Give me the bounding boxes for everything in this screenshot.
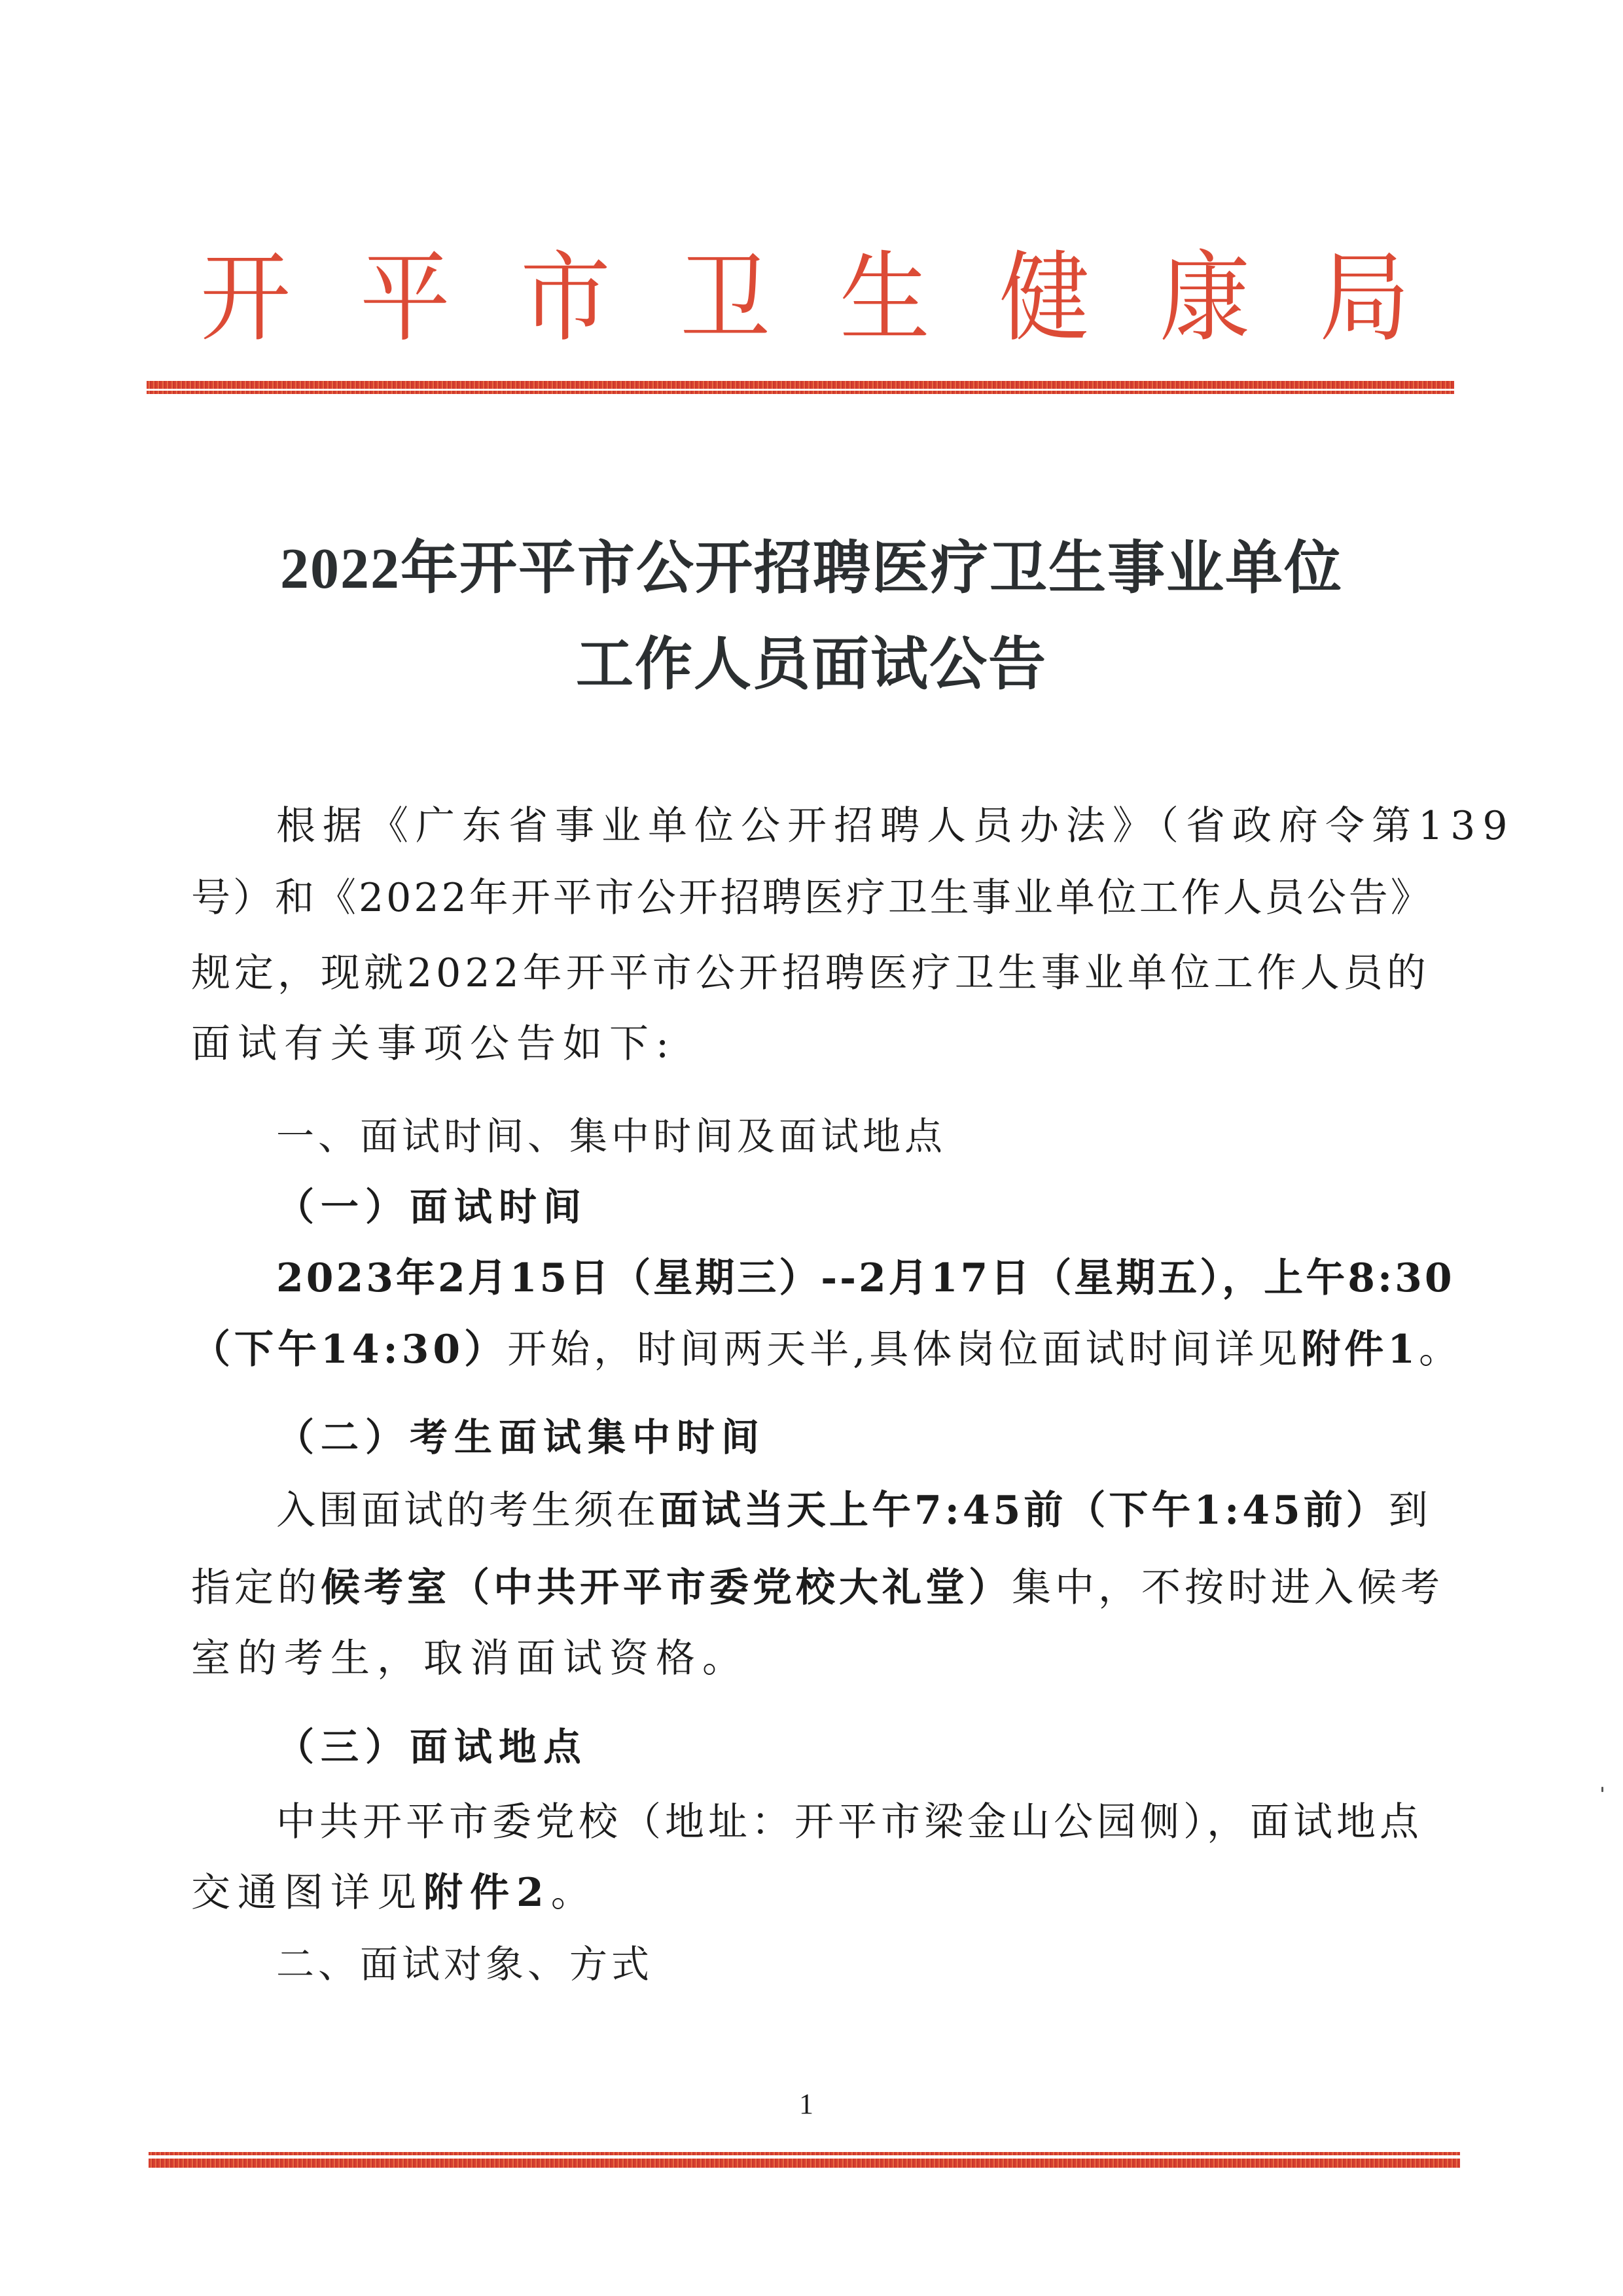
paragraph-line: 2023年2月15日（星期三）--2月17日（星期五），上午8:30	[276, 1252, 1419, 1304]
subsection-heading-2: （二）考生面试集中时间	[276, 1411, 1419, 1463]
paragraph-line: 指定的候考室（中共开平市委党校大礼堂）集中，不按时进入候考	[191, 1562, 1419, 1614]
text-segment: 附件1	[1301, 1327, 1419, 1372]
letterhead-char: 康	[1160, 243, 1250, 355]
letterhead-title: 开 平 市 卫 生 健 康 局	[196, 243, 1414, 355]
letterhead-char: 卫	[680, 243, 770, 355]
footer-rule-thin	[149, 2152, 1460, 2155]
paragraph-line: 号）和《2022年开平市公开招聘医疗卫生事业单位工作人员公告》	[191, 872, 1419, 924]
header-rule-thick	[147, 381, 1454, 389]
footer-rule-thick	[149, 2159, 1460, 2168]
text-segment: 室的考生，取消面试资格。	[191, 1636, 749, 1681]
paragraph-line: 中共开平市委党校（地址：开平市梁金山公园侧），面试地点	[276, 1796, 1419, 1848]
paragraph-line: （下午14:30）开始，时间两天半,具体岗位面试时间详见附件1。	[191, 1323, 1419, 1376]
text-segment: 到	[1389, 1488, 1431, 1534]
page-number: 1	[793, 2088, 819, 2121]
text-segment: 。	[551, 1870, 597, 1916]
document-title-line-1: 2022年开平市公开招聘医疗卫生事业单位	[0, 537, 1623, 602]
document-page: 开 平 市 卫 生 健 康 局 2022年开平市公开招聘医疗卫生事业单位 工作人…	[0, 0, 1623, 2296]
text-segment: 一、面试时间、集中时间及面试地点	[276, 1114, 946, 1158]
letterhead-char: 局	[1319, 243, 1410, 355]
paragraph-line: 根据《广东省事业单位公开招聘人员办法》（省政府令第139	[276, 800, 1419, 852]
text-segment: 入围面试的考生须在	[276, 1488, 659, 1534]
text-segment: 根据《广东省事业单位公开招聘人员办法》（省政府令第139	[276, 803, 1515, 849]
paragraph-line: 交通图详见附件2。	[191, 1867, 1419, 1919]
paragraph-line: 入围面试的考生须在面试当天上午7:45前（下午1:45前）到	[276, 1484, 1419, 1537]
letterhead-char: 健	[999, 243, 1090, 355]
text-segment: （二）考生面试集中时间	[276, 1415, 766, 1460]
paragraph-line: 规定，现就2022年开平市公开招聘医疗卫生事业单位工作人员的	[191, 947, 1419, 999]
paragraph-line: 室的考生，取消面试资格。	[191, 1632, 1419, 1685]
paragraph-line: 面试有关事项公告如下:	[191, 1018, 1419, 1070]
text-segment: （三）面试地点	[276, 1725, 588, 1769]
section-heading-1: 一、面试时间、集中时间及面试地点	[276, 1110, 1419, 1162]
letterhead-char: 生	[840, 243, 930, 355]
section-heading-2: 二、面试对象、方式	[276, 1938, 1419, 1990]
scan-speck	[1601, 1787, 1603, 1792]
text-segment: 二、面试对象、方式	[276, 1942, 653, 1986]
text-segment: 附件2	[423, 1870, 551, 1916]
text-segment: （一）面试时间	[276, 1185, 588, 1229]
text-segment: 面试当天上午7:45前（下午1:45前）	[659, 1488, 1389, 1534]
text-segment: 号）和《2022年开平市公开招聘医疗卫生事业单位工作人员公告》	[191, 875, 1433, 921]
text-segment: 2023年2月15日（星期三）--2月17日（星期五），上午8:30	[276, 1255, 1455, 1301]
text-segment: 规定，现就2022年开平市公开招聘医疗卫生事业单位工作人员的	[191, 950, 1430, 996]
text-segment: 交通图详见	[191, 1870, 423, 1916]
text-segment: 集中，不按时进入候考	[1012, 1565, 1444, 1611]
header-rule-thin	[147, 391, 1454, 394]
text-segment: 中共开平市委党校（地址：开平市梁金山公园侧），面试地点	[276, 1799, 1423, 1845]
letterhead-char: 市	[520, 243, 611, 355]
text-segment: 开始，时间两天半,具体岗位面试时间详见	[507, 1327, 1301, 1372]
text-segment: 面试有关事项公告如下:	[191, 1021, 676, 1067]
letterhead-char: 平	[360, 243, 450, 355]
subsection-heading-1: （一）面试时间	[276, 1181, 1419, 1233]
subsection-heading-3: （三）面试地点	[276, 1721, 1419, 1773]
document-title-line-2: 工作人员面试公告	[0, 633, 1623, 698]
text-segment: （下午14:30）	[191, 1327, 507, 1372]
letterhead-char: 开	[200, 243, 291, 355]
text-segment: 指定的	[191, 1565, 321, 1611]
text-segment: 。	[1419, 1327, 1462, 1372]
text-segment: 候考室（中共开平市委党校大礼堂）	[321, 1565, 1012, 1611]
